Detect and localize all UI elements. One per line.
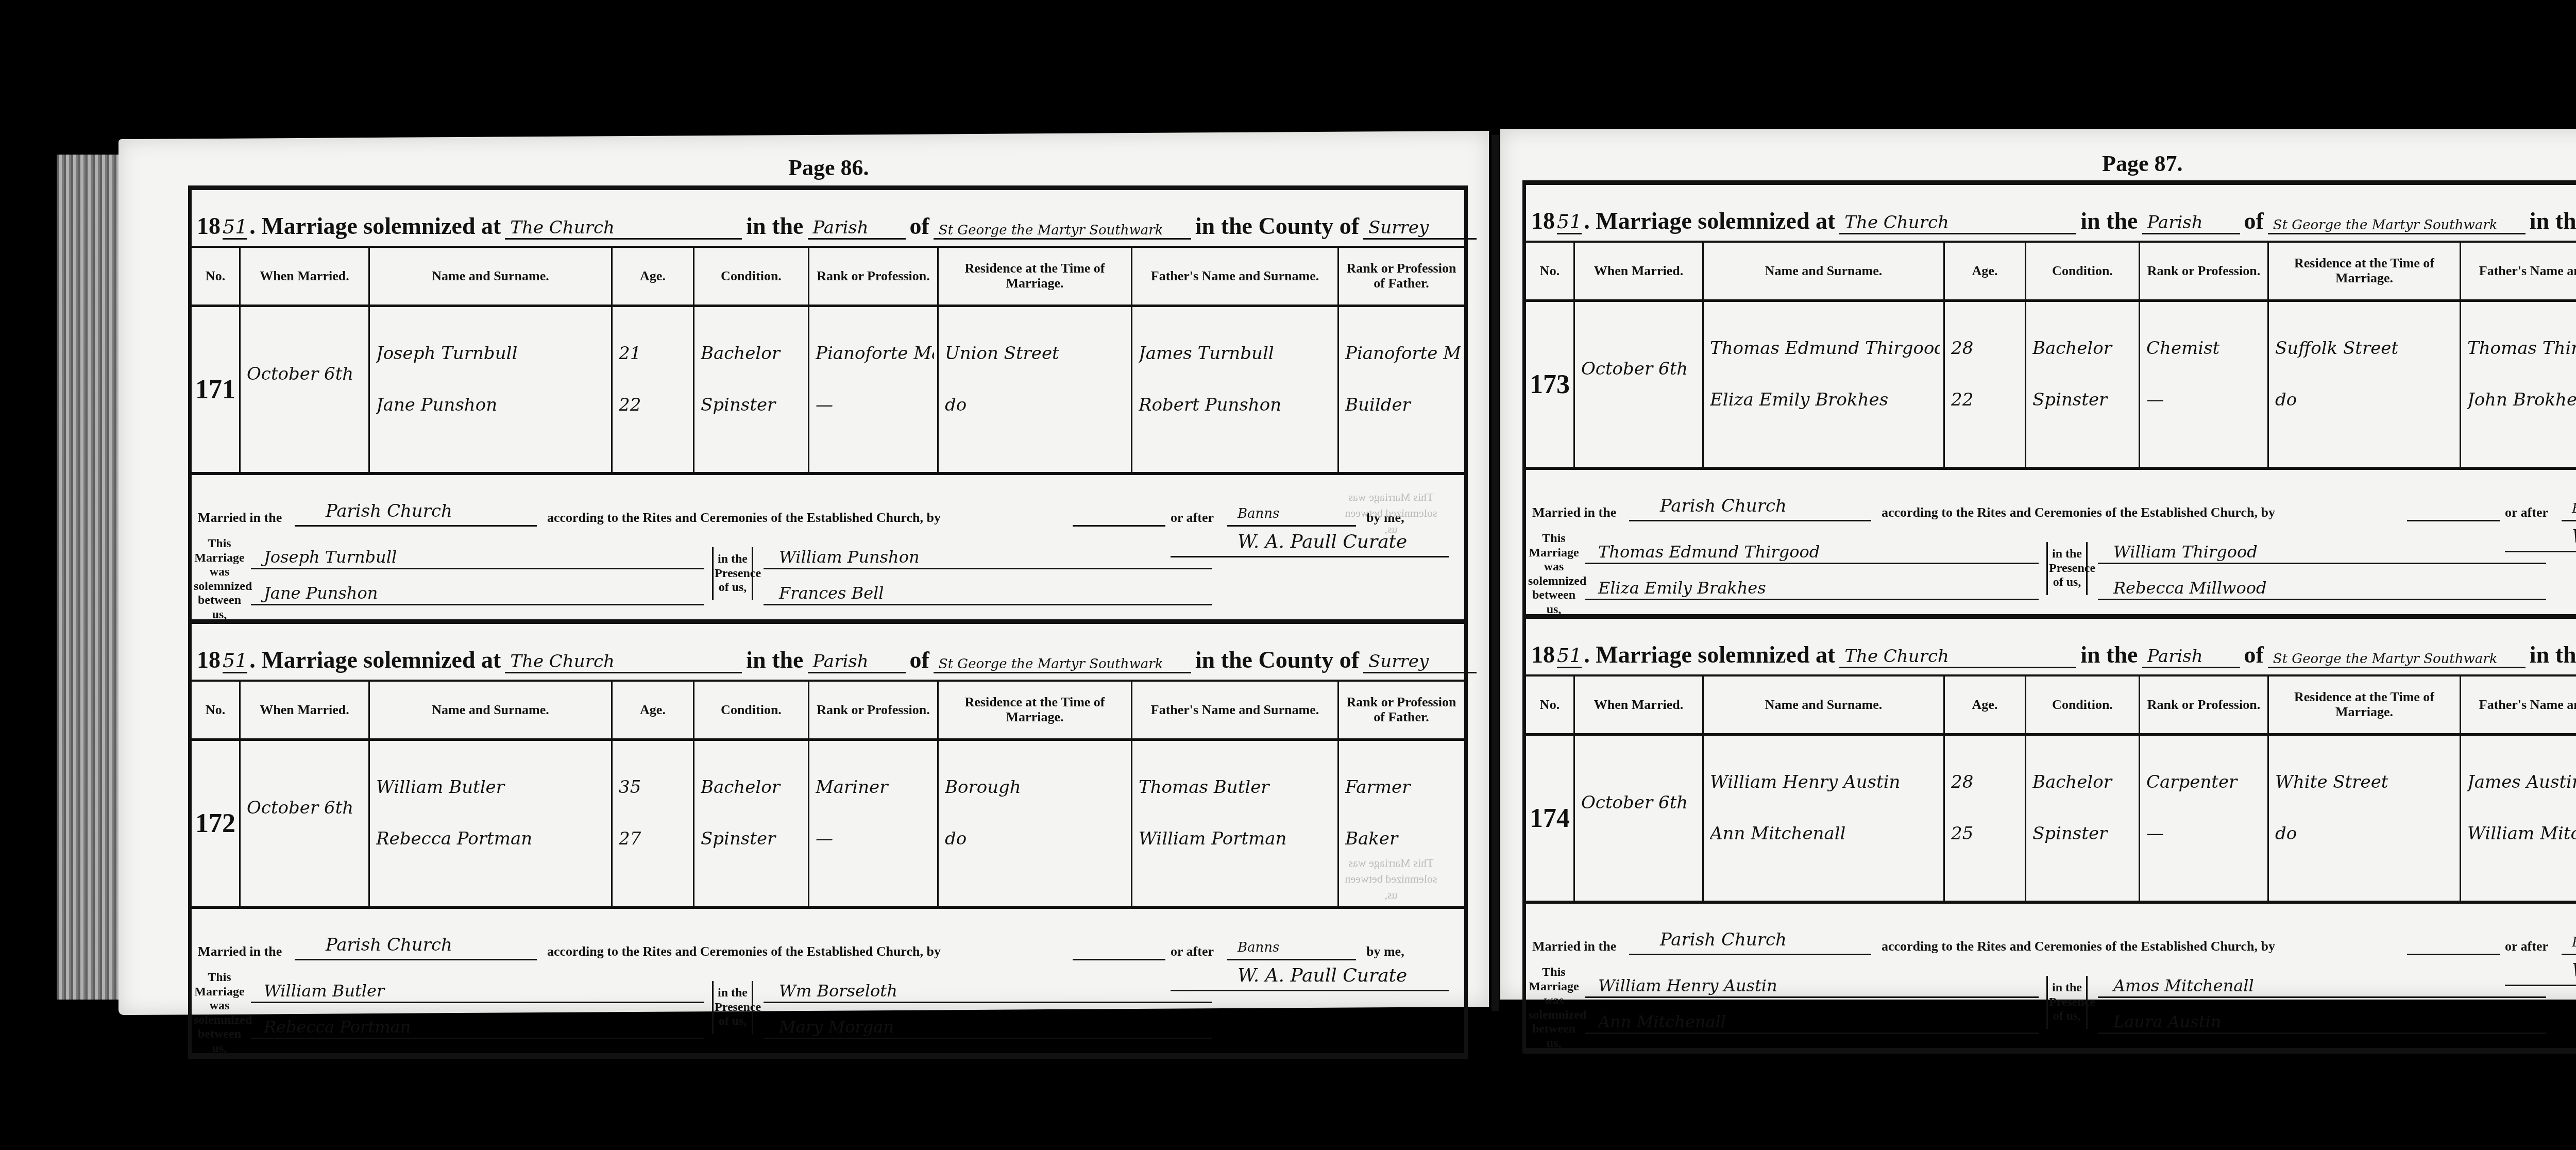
page-number-right: Page 87. — [2102, 150, 2182, 177]
entry-rows: 172October 6thWilliam ButlerRebecca Port… — [192, 741, 1464, 909]
column-header: Father's Name and Surname. — [2461, 243, 2576, 299]
witness-2-signature: Frances Bell — [779, 583, 884, 603]
in-presence-label: in the Presence of us, — [2046, 976, 2088, 1029]
married-in-line: Married in the Parish Church according t… — [192, 475, 1464, 537]
in-the-label: in the — [746, 646, 803, 673]
bride-name: Eliza Emily Brokhes — [1710, 390, 1940, 410]
bride-signature: Eliza Emily Brakhes — [1598, 578, 1766, 598]
groom-rank: Carpenter — [2146, 772, 2264, 792]
this-marriage-label: This Marriage was solemnized between us, — [194, 537, 245, 622]
of-label: of — [2244, 207, 2264, 234]
column-header: Condition. — [2026, 677, 2140, 733]
married-in-label: Married in the — [198, 510, 282, 526]
year-suffix: 51 — [1557, 644, 1582, 668]
rites-label: according to the Rites and Ceremonies of… — [547, 944, 941, 959]
bride-father: William Portman — [1139, 828, 1334, 849]
parish-field: St George the Martyr Southwark — [934, 656, 1191, 673]
column-header: Age. — [1945, 243, 2026, 299]
age-cell: 2825 — [1945, 736, 2026, 901]
column-header: Age. — [1945, 677, 2026, 733]
bride-rank: — — [2146, 823, 2264, 844]
place-field: The Church — [505, 217, 742, 240]
rank-cell: Mariner— — [809, 741, 939, 906]
bride-residence: do — [945, 828, 1128, 849]
column-header: When Married. — [241, 248, 370, 305]
groom-rank: Pianoforte Maker — [816, 343, 934, 364]
married-in-line: Married in the Parish Church according t… — [1526, 904, 2576, 966]
entry-rows: 171October 6thJoseph TurnbullJane Punsho… — [192, 307, 1464, 475]
column-header: Condition. — [2026, 243, 2140, 299]
groom-condition: Bachelor — [701, 343, 805, 364]
condition-cell: BachelorSpinster — [2026, 736, 2140, 901]
or-after-label: or after — [1171, 944, 1214, 959]
register-table-left: 1851. Marriage solemnized at The Church … — [188, 185, 1468, 1059]
district-field: Parish — [2142, 212, 2240, 234]
register-table-right: 1851. Marriage solemnized at The Church … — [1522, 180, 2576, 1054]
column-header: Rank or Profession of Father. — [1339, 682, 1464, 738]
when-married-cell: October 6th — [1575, 736, 1704, 901]
page-number-left: Page 86. — [788, 155, 869, 181]
in-presence-label: in the Presence of us, — [712, 547, 753, 600]
bride-age: 22 — [619, 395, 690, 415]
witness-1-signature: Amos Mitchenall — [2113, 976, 2254, 995]
condition-cell: BachelorSpinster — [694, 741, 809, 906]
column-header: Rank or Profession. — [2140, 243, 2269, 299]
bride-condition: Spinster — [2032, 390, 2136, 410]
column-header: Residence at the Time of Marriage. — [939, 248, 1132, 305]
groom-name: Thomas Edmund Thirgood — [1710, 338, 1940, 359]
name-cell: William ButlerRebecca Portman — [370, 741, 613, 906]
column-header: Residence at the Time of Marriage. — [2269, 243, 2461, 299]
groom-residence: Union Street — [945, 343, 1128, 364]
district-field: Parish — [808, 217, 906, 240]
column-header: Name and Surname. — [370, 248, 613, 305]
father-cell: James AustinWilliam Mitchenall — [2461, 736, 2576, 901]
column-header: Father's Name and Surname. — [2461, 677, 2576, 733]
when-married-cell: October 6th — [241, 741, 370, 906]
year-prefix: 18 — [197, 212, 221, 240]
column-header: Father's Name and Surname. — [1132, 248, 1339, 305]
column-header: Rank or Profession of Father. — [1339, 248, 1464, 305]
column-header: Father's Name and Surname. — [1132, 682, 1339, 738]
or-after-label: or after — [2505, 505, 2548, 520]
county-field: Surrey — [1363, 651, 1477, 673]
column-header: When Married. — [1575, 677, 1704, 733]
name-cell: Joseph TurnbullJane Punshon — [370, 307, 613, 472]
solemnized-label: . Marriage solemnized at — [1584, 641, 1835, 668]
this-marriage-label: This Marriage was solemnized between us, — [194, 971, 245, 1056]
entry-header: 1851. Marriage solemnized at The Church … — [192, 624, 1464, 682]
witness-1-signature: William Thirgood — [2113, 542, 2258, 562]
place-field: The Church — [1839, 212, 2076, 234]
age-cell: 2122 — [613, 307, 694, 472]
bride-name: Rebecca Portman — [376, 828, 608, 849]
groom-name: Joseph Turnbull — [376, 343, 608, 364]
groom-rank: Chemist — [2146, 338, 2264, 359]
rank-cell: Carpenter— — [2140, 736, 2269, 901]
groom-rank: Mariner — [816, 777, 934, 798]
bride-rank: — — [816, 828, 934, 849]
solemnized-label: . Marriage solemnized at — [249, 212, 501, 240]
residence-cell: Suffolk Streetdo — [2269, 302, 2461, 467]
column-header: When Married. — [241, 682, 370, 738]
column-header: Residence at the Time of Marriage. — [939, 682, 1132, 738]
married-in-line: Married in the Parish Church according t… — [192, 909, 1464, 971]
rites-label: according to the Rites and Ceremonies of… — [1882, 939, 2275, 954]
column-header: Rank or Profession. — [809, 682, 939, 738]
condition-cell: BachelorSpinster — [694, 307, 809, 472]
column-header: Rank or Profession. — [2140, 677, 2269, 733]
place-field: The Church — [1839, 646, 2076, 668]
rites-label: according to the Rites and Ceremonies of… — [547, 510, 941, 526]
married-in-label: Married in the — [198, 944, 282, 959]
rank-cell: Pianoforte Maker— — [809, 307, 939, 472]
residence-cell: White Streetdo — [2269, 736, 2461, 901]
entry-header: 1851. Marriage solemnized at The Church … — [192, 190, 1464, 248]
signatures-block: This Marriage was solemnized between us,… — [1526, 966, 2576, 1048]
condition-cell: BachelorSpinster — [2026, 302, 2140, 467]
year-suffix: 51 — [223, 649, 247, 673]
of-label: of — [910, 646, 929, 673]
bride-age: 22 — [1951, 390, 2022, 410]
entry-number: 171 — [192, 307, 241, 472]
year-suffix: 51 — [223, 215, 247, 240]
column-headers: No.When Married.Name and Surname.Age.Con… — [192, 248, 1464, 307]
age-cell: 2822 — [1945, 302, 2026, 467]
this-marriage-label: This Marriage was solemnized between us, — [1528, 966, 1580, 1051]
column-headers: No.When Married.Name and Surname.Age.Con… — [192, 682, 1464, 741]
in-presence-label: in the Presence of us, — [2046, 542, 2088, 595]
county-label: in the County of — [1195, 646, 1359, 673]
year-prefix: 18 — [1531, 207, 1555, 234]
groom-signature: Thomas Edmund Thirgood — [1598, 542, 1820, 562]
of-label: of — [910, 212, 929, 240]
entry-header: 1851. Marriage solemnized at The Church … — [1526, 185, 2576, 243]
bride-father-rank: Builder — [1345, 395, 1461, 415]
column-header: Rank or Profession. — [809, 248, 939, 305]
parish-field: St George the Martyr Southwark — [2268, 217, 2526, 234]
bride-condition: Spinster — [2032, 823, 2136, 844]
district-field: Parish — [808, 651, 906, 673]
father-cell: Thomas ThirgoodJohn Brokhes — [2461, 302, 2576, 467]
groom-residence: Borough — [945, 777, 1128, 798]
year-prefix: 18 — [197, 646, 221, 673]
year-suffix: 51 — [1557, 210, 1582, 234]
column-header: Name and Surname. — [370, 682, 613, 738]
groom-condition: Bachelor — [2032, 338, 2136, 359]
after-value: Banns — [2572, 935, 2576, 950]
bleed-through-text: This Marriage was solemnized between us, — [1340, 855, 1443, 903]
name-cell: William Henry AustinAnn Mitchenall — [1704, 736, 1945, 901]
when-married-cell: October 6th — [1575, 302, 1704, 467]
entry-header: 1851. Marriage solemnized at The Church … — [1526, 619, 2576, 677]
in-the-label: in the — [2080, 641, 2138, 668]
marriage-entry: 1851. Marriage solemnized at The Church … — [192, 185, 1464, 619]
groom-age: 21 — [619, 343, 690, 364]
age-cell: 3527 — [613, 741, 694, 906]
groom-age: 35 — [619, 777, 690, 798]
signatures-block: This Marriage was solemnized between us,… — [192, 537, 1464, 619]
married-in-label: Married in the — [1532, 505, 1616, 520]
married-in-value: Parish Church — [1660, 496, 1787, 516]
witness-2-signature: Laura Austin — [2113, 1012, 2221, 1031]
bride-father-rank: Baker — [1345, 828, 1461, 849]
when-married-cell: October 6th — [241, 307, 370, 472]
rank-cell: Chemist— — [2140, 302, 2269, 467]
groom-name: William Henry Austin — [1710, 772, 1940, 792]
marriage-entry: 1851. Marriage solemnized at The Church … — [1526, 614, 2576, 1054]
column-header: No. — [192, 682, 241, 738]
groom-residence: Suffolk Street — [2275, 338, 2456, 359]
county-label: in the County of — [1195, 212, 1359, 240]
entry-number: 173 — [1526, 302, 1575, 467]
groom-signature: Joseph Turnbull — [264, 547, 397, 567]
bride-signature: Jane Punshon — [264, 583, 378, 603]
married-in-value: Parish Church — [326, 501, 452, 521]
place-field: The Church — [505, 651, 742, 673]
solemnized-label: . Marriage solemnized at — [249, 646, 501, 673]
bride-signature: Rebecca Portman — [264, 1017, 411, 1037]
bride-condition: Spinster — [701, 828, 805, 849]
father-cell: Thomas ButlerWilliam Portman — [1132, 741, 1339, 906]
father-rank-cell: Pianoforte MakerBuilder — [1339, 307, 1464, 472]
column-headers: No.When Married.Name and Surname.Age.Con… — [1526, 677, 2576, 736]
when-married-value: October 6th — [1581, 792, 1699, 813]
column-header: No. — [1526, 677, 1575, 733]
or-after-label: or after — [2505, 939, 2548, 954]
marriage-entry: 1851. Marriage solemnized at The Church … — [1526, 180, 2576, 614]
married-in-label: Married in the — [1532, 939, 1616, 954]
married-in-value: Parish Church — [1660, 929, 1787, 950]
entry-rows: 174October 6thWilliam Henry AustinAnn Mi… — [1526, 736, 2576, 904]
after-value: Banns — [2572, 501, 2576, 516]
groom-father-rank: Farmer — [1345, 777, 1461, 798]
bride-age: 27 — [619, 828, 690, 849]
residence-cell: Union Streetdo — [939, 307, 1132, 472]
district-field: Parish — [2142, 646, 2240, 668]
column-header: No. — [192, 248, 241, 305]
in-presence-label: in the Presence of us, — [712, 981, 753, 1034]
county-label: in the County of — [2530, 207, 2576, 234]
county-label: in the County of — [2530, 641, 2576, 668]
column-headers: No.When Married.Name and Surname.Age.Con… — [1526, 243, 2576, 302]
entry-number: 174 — [1526, 736, 1575, 901]
groom-father: Thomas Thirgood — [2467, 338, 2576, 359]
bride-name: Jane Punshon — [376, 395, 608, 415]
parish-field: St George the Martyr Southwark — [2268, 651, 2526, 668]
when-married-value: October 6th — [1581, 359, 1699, 379]
column-header: Age. — [613, 682, 694, 738]
solemnized-label: . Marriage solemnized at — [1584, 207, 1835, 234]
bride-signature: Ann Mitchenall — [1598, 1012, 1726, 1031]
witness-1-signature: Wm Borseloth — [779, 981, 897, 1001]
groom-father-rank: Pianoforte Maker — [1345, 343, 1461, 364]
book-gutter — [1492, 135, 1499, 1011]
groom-age: 28 — [1951, 772, 2022, 792]
bride-father: William Mitchenall — [2467, 823, 2576, 844]
groom-age: 28 — [1951, 338, 2022, 359]
witness-2-signature: Mary Morgan — [779, 1017, 894, 1037]
signatures-block: This Marriage was solemnized between us,… — [1526, 532, 2576, 614]
column-header: Residence at the Time of Marriage. — [2269, 677, 2461, 733]
witness-1-signature: William Punshon — [779, 547, 920, 567]
bride-father: John Brokhes — [2467, 390, 2576, 410]
groom-name: William Butler — [376, 777, 608, 798]
column-header: Condition. — [694, 248, 809, 305]
father-cell: James TurnbullRobert Punshon — [1132, 307, 1339, 472]
after-value: Banns — [1238, 506, 1279, 521]
residence-cell: Boroughdo — [939, 741, 1132, 906]
witness-2-signature: Rebecca Millwood — [2113, 578, 2266, 598]
bride-age: 25 — [1951, 823, 2022, 844]
bride-condition: Spinster — [701, 395, 805, 415]
groom-condition: Bachelor — [2032, 772, 2136, 792]
name-cell: Thomas Edmund ThirgoodEliza Emily Brokhe… — [1704, 302, 1945, 467]
bride-father: Robert Punshon — [1139, 395, 1334, 415]
rites-label: according to the Rites and Ceremonies of… — [1882, 505, 2275, 520]
year-prefix: 18 — [1531, 641, 1555, 668]
column-header: Name and Surname. — [1704, 243, 1945, 299]
groom-signature: William Butler — [264, 981, 384, 1001]
bride-residence: do — [945, 395, 1128, 415]
bride-rank: — — [816, 395, 934, 415]
entry-number: 172 — [192, 741, 241, 906]
groom-father: James Turnbull — [1139, 343, 1334, 364]
by-me-label: by me, — [1366, 944, 1404, 959]
in-the-label: in the — [2080, 207, 2138, 234]
bride-residence: do — [2275, 390, 2456, 410]
of-label: of — [2244, 641, 2264, 668]
bride-residence: do — [2275, 823, 2456, 844]
county-field: Surrey — [1363, 217, 1477, 240]
column-header: Age. — [613, 248, 694, 305]
groom-residence: White Street — [2275, 772, 2456, 792]
column-header: Condition. — [694, 682, 809, 738]
column-header: Name and Surname. — [1704, 677, 1945, 733]
column-header: No. — [1526, 243, 1575, 299]
bride-name: Ann Mitchenall — [1710, 823, 1940, 844]
book-edge-left — [57, 155, 118, 1000]
signatures-block: This Marriage was solemnized between us,… — [192, 971, 1464, 1053]
groom-father: Thomas Butler — [1139, 777, 1334, 798]
married-in-value: Parish Church — [326, 935, 452, 955]
parish-field: St George the Martyr Southwark — [934, 223, 1191, 240]
this-marriage-label: This Marriage was solemnized between us, — [1528, 532, 1580, 617]
entry-rows: 173October 6thThomas Edmund ThirgoodEliz… — [1526, 302, 2576, 470]
groom-signature: William Henry Austin — [1598, 976, 1777, 995]
or-after-label: or after — [1171, 510, 1214, 526]
column-header: When Married. — [1575, 243, 1704, 299]
bride-rank: — — [2146, 390, 2264, 410]
in-the-label: in the — [746, 212, 803, 240]
married-in-line: Married in the Parish Church according t… — [1526, 470, 2576, 532]
groom-father: James Austin — [2467, 772, 2576, 792]
after-value: Banns — [1238, 940, 1279, 955]
bleed-through-text: This Marriage was solemnized between us, — [1340, 489, 1443, 537]
when-married-value: October 6th — [247, 798, 365, 818]
when-married-value: October 6th — [247, 364, 365, 384]
marriage-entry: 1851. Marriage solemnized at The Church … — [192, 619, 1464, 1059]
groom-condition: Bachelor — [701, 777, 805, 798]
